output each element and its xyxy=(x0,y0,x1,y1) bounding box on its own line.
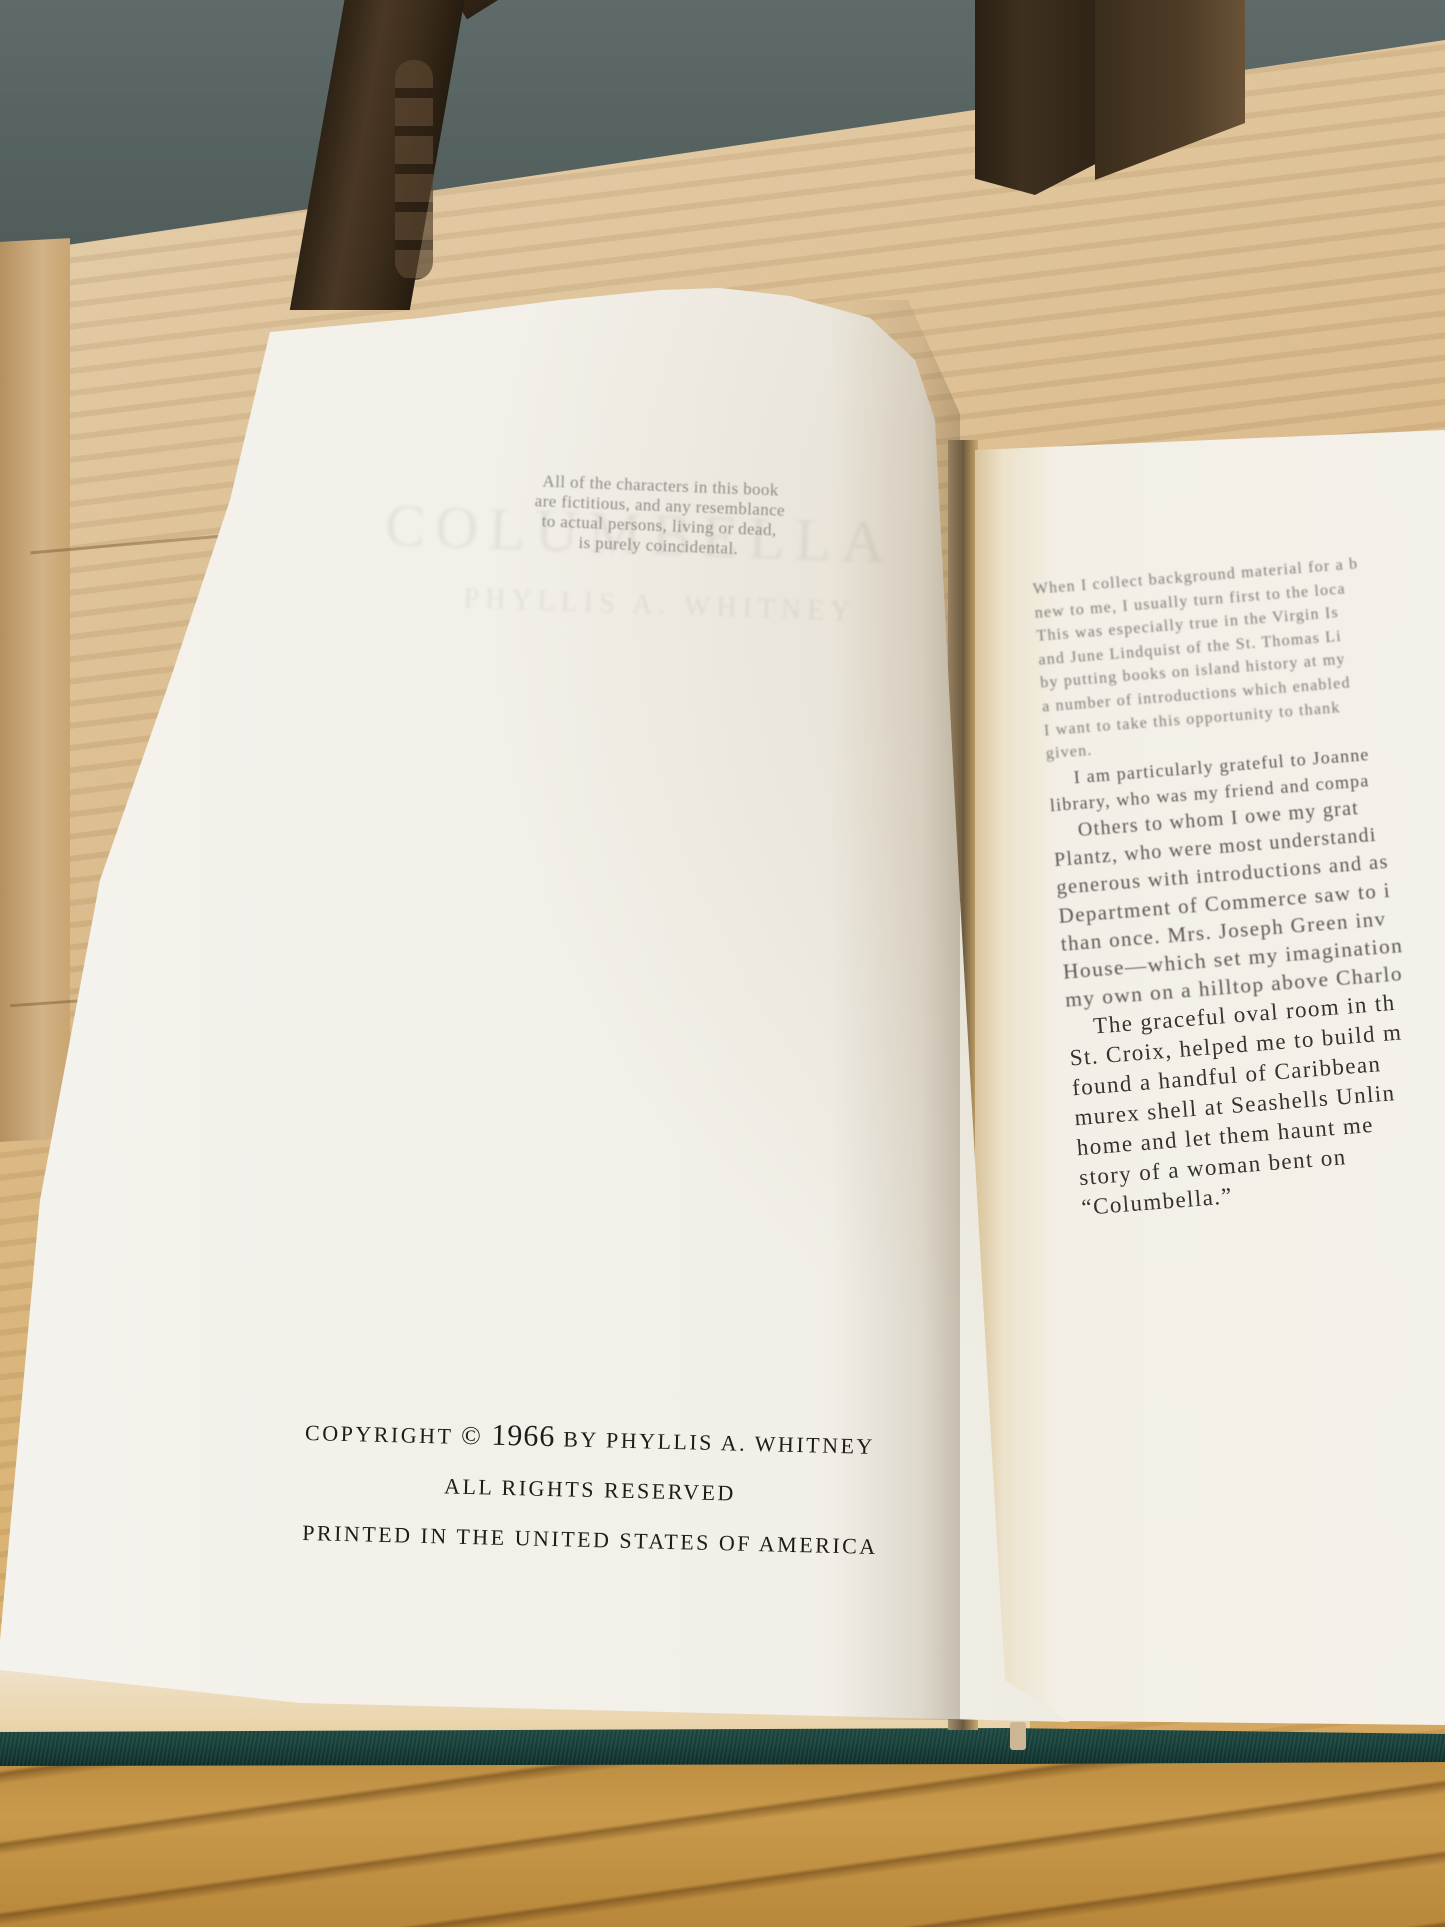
copyright-year: 1966 xyxy=(491,1419,556,1454)
book-spine-notch xyxy=(1010,1722,1026,1750)
acknowledgments-text: When I collect background material for a… xyxy=(1032,534,1445,1223)
copyright-notice: COPYRIGHT © 1966 BY PHYLLIS A. WHITNEY A… xyxy=(270,1413,910,1565)
book-cover-binding xyxy=(0,1728,1445,1766)
photo-scene: COLUMBELLA PHYLLIS A. WHITNEY All of the… xyxy=(0,0,1445,1927)
table-surface-front xyxy=(0,1740,1445,1927)
copyright-author: BY PHYLLIS A. WHITNEY xyxy=(563,1426,875,1459)
chair-leg-carving xyxy=(395,60,433,280)
copyright-prefix: COPYRIGHT xyxy=(305,1420,454,1449)
chair-leg-right xyxy=(975,0,1095,195)
copyright-symbol-icon: © xyxy=(461,1421,484,1451)
fiction-disclaimer: All of the characters in this book are f… xyxy=(491,470,829,563)
